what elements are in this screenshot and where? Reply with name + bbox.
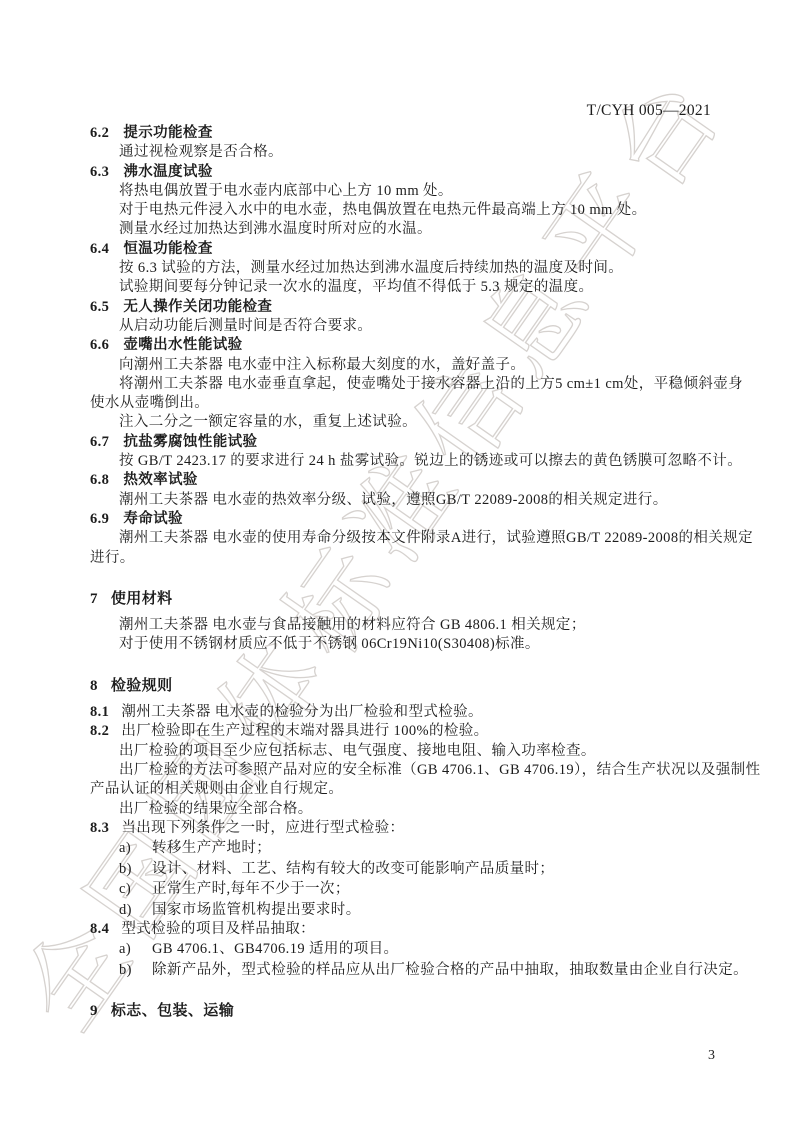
block-text: 潮州工夫茶器 电水壶与食品接触用的材料应符合 GB 4806.1 相关规定； [119,617,586,633]
block-text: 出厂检验的项目至少应包括标志、电气强度、接地电阻、输入功率检查。 [119,743,596,759]
block-text: 壶嘴出水性能试验 [123,337,242,353]
block-text: 当出现下列条件之一时，应进行型式检验： [121,820,404,836]
clause-number: 6.2 [90,125,109,141]
block-text: 产品认证的相关规则由企业自行规定。 [90,781,343,797]
list-item: b)除新产品外，型式检验的样品应从出厂检验合格的产品中抽取，抽取数量由企业自行决… [90,960,712,981]
block-text: 设计、材料、工艺、结构有较大的改变可能影响产品质量时； [152,861,554,877]
paragraph-continuation: 产品认证的相关规则由企业自行规定。 [90,780,712,799]
clause-number: 7 [90,591,98,607]
paragraph: 通过视检观察是否合格。 [90,143,712,162]
list-item: d)国家市场监管机构提出要求时。 [90,900,712,921]
clause-number: 6.9 [90,511,109,527]
numbered-paragraph: 8.4型式检验的项目及样品抽取： [90,920,712,939]
block-text: 使用材料 [111,591,173,607]
clause-number: 6.6 [90,337,109,353]
paragraph: 潮州工夫茶器 电水壶与食品接触用的材料应符合 GB 4806.1 相关规定； [90,616,712,635]
block-text: 将热电偶放置于电水壶内底部中心上方 10 mm 处。 [119,183,453,199]
numbered-paragraph: 8.1潮州工夫茶器 电水壶的检验分为出厂检验和型式检验。 [90,703,712,722]
block-text: 潮州工夫茶器 电水壶的热效率分级、试验，遵照GB/T 22089-2008的相关… [119,492,668,508]
paragraph: 从启动功能后测量时间是否符合要求。 [90,317,712,336]
block-text: 出厂检验的结果应全部合格。 [119,801,313,817]
block-text: 正常生产时,每年不少于一次； [152,881,350,897]
paragraph: 按 GB/T 2423.17 的要求进行 24 h 盐雾试验。锐边上的锈迹或可以… [90,452,712,471]
block-text: 除新产品外，型式检验的样品应从出厂检验合格的产品中抽取，抽取数量由企业自行决定。 [152,962,748,978]
block-text: 测量水经过加热达到沸水温度时所对应的水温。 [119,221,432,237]
block-text: 潮州工夫茶器 电水壶的使用寿命分级按本文件附录A进行，试验遵照GB/T 2208… [119,530,753,546]
paragraph: 向潮州工夫茶器 电水壶中注入标称最大刻度的水，盖好盖子。 [90,356,712,375]
block-text: 转移生产产地时； [152,840,271,856]
block-text: 无人操作关闭功能检查 [123,299,272,315]
document-body: 6.2提示功能检查通过视检观察是否合格。6.3沸水温度试验将热电偶放置于电水壶内… [90,124,712,1029]
paragraph: 按 6.3 试验的方法，测量水经过加热达到沸水温度后持续加热的温度及时间。 [90,259,712,278]
standard-document-page: 全国团体标准信息平台 T/CYH 005—2021 6.2提示功能检查通过视检观… [0,0,793,1122]
block-text: 出厂检验即在生产过程的末端对器具进行 100%的检验。 [121,723,488,739]
section-heading: 6.2提示功能检查 [90,124,712,143]
list-item: c)正常生产时,每年不少于一次； [90,879,712,900]
section-heading: 6.9寿命试验 [90,510,712,529]
clause-number: d) [119,900,152,921]
chapter-heading: 9标志、包装、运输 [90,1002,712,1021]
clause-number: b) [119,960,152,981]
paragraph: 潮州工夫茶器 电水壶的热效率分级、试验，遵照GB/T 22089-2008的相关… [90,491,712,510]
block-text: 对于电热元件浸入水中的电水壶，热电偶放置在电热元件最高端上方 10 mm 处。 [119,202,647,218]
block-text: 注入二分之一额定容量的水，重复上述试验。 [119,414,417,430]
block-text: 潮州工夫茶器 电水壶的检验分为出厂检验和型式检验。 [121,704,483,720]
block-text: 国家市场监管机构提出要求时。 [152,902,361,918]
block-text: 出厂检验的方法可参照产品对应的安全标准（GB 4706.1、GB 4706.19… [119,762,760,778]
document-header-standard-number: T/CYH 005—2021 [587,102,711,120]
section-heading: 6.8热效率试验 [90,471,712,490]
clause-number: 6.3 [90,164,109,180]
section-heading: 6.6壶嘴出水性能试验 [90,336,712,355]
block-text: 试验期间要每分钟记录一次水的温度，平均值不得低于 5.3 规定的温度。 [119,279,593,295]
clause-number: c) [119,879,152,900]
clause-number: 6.5 [90,299,109,315]
block-text: 寿命试验 [123,511,183,527]
section-heading: 6.5无人操作关闭功能检查 [90,298,712,317]
paragraph: 注入二分之一额定容量的水，重复上述试验。 [90,413,712,432]
block-text: GB 4706.1、GB4706.19 适用的项目。 [152,941,398,957]
block-text: 对于使用不锈钢材质应不低于不锈钢 06Cr19Ni10(S30408)标准。 [119,636,540,652]
block-text: 型式检验的项目及样品抽取： [121,921,315,937]
block-text: 使水从壶嘴倒出。 [90,395,209,411]
section-heading: 6.3沸水温度试验 [90,163,712,182]
block-text: 热效率试验 [123,472,198,488]
paragraph: 将潮州工夫茶器 电水壶垂直拿起，使壶嘴处于接水容器上沿的上方5 cm±1 cm处… [90,375,712,394]
section-heading: 6.4恒温功能检查 [90,240,712,259]
page-number: 3 [708,1048,715,1064]
block-text: 检验规则 [111,678,173,694]
paragraph: 测量水经过加热达到沸水温度时所对应的水温。 [90,220,712,239]
clause-number: 8.1 [90,704,109,720]
paragraph: 潮州工夫茶器 电水壶的使用寿命分级按本文件附录A进行，试验遵照GB/T 2208… [90,529,712,548]
chapter-heading: 7使用材料 [90,590,712,609]
numbered-paragraph: 8.3当出现下列条件之一时，应进行型式检验： [90,819,712,838]
clause-number: 6.7 [90,434,109,450]
block-text: 向潮州工夫茶器 电水壶中注入标称最大刻度的水，盖好盖子。 [119,357,525,373]
clause-number: 8.2 [90,723,109,739]
paragraph: 出厂检验的方法可参照产品对应的安全标准（GB 4706.1、GB 4706.19… [90,761,712,780]
paragraph: 将热电偶放置于电水壶内底部中心上方 10 mm 处。 [90,182,712,201]
paragraph: 试验期间要每分钟记录一次水的温度，平均值不得低于 5.3 规定的温度。 [90,278,712,297]
block-text: 恒温功能检查 [123,241,212,257]
paragraph: 出厂检验的结果应全部合格。 [90,800,712,819]
block-text: 进行。 [90,550,135,566]
block-text: 标志、包装、运输 [111,1003,234,1019]
list-item: a)转移生产产地时； [90,838,712,859]
block-text: 抗盐雾腐蚀性能试验 [123,434,257,450]
clause-number: a) [119,838,152,859]
block-text: 将潮州工夫茶器 电水壶垂直拿起，使壶嘴处于接水容器上沿的上方5 cm±1 cm处… [119,376,743,392]
block-text: 沸水温度试验 [123,164,212,180]
numbered-paragraph: 8.2出厂检验即在生产过程的末端对器具进行 100%的检验。 [90,722,712,741]
clause-number: b) [119,859,152,880]
paragraph-continuation: 进行。 [90,549,712,568]
block-text: 提示功能检查 [123,125,212,141]
paragraph: 对于电热元件浸入水中的电水壶，热电偶放置在电热元件最高端上方 10 mm 处。 [90,201,712,220]
clause-number: 8.3 [90,820,109,836]
clause-number: a) [119,939,152,960]
paragraph: 出厂检验的项目至少应包括标志、电气强度、接地电阻、输入功率检查。 [90,742,712,761]
list-item: b)设计、材料、工艺、结构有较大的改变可能影响产品质量时； [90,859,712,880]
clause-number: 6.4 [90,241,109,257]
clause-number: 8.4 [90,921,109,937]
clause-number: 9 [90,1003,98,1019]
clause-number: 8 [90,678,98,694]
list-item: a)GB 4706.1、GB4706.19 适用的项目。 [90,939,712,960]
block-text: 按 GB/T 2423.17 的要求进行 24 h 盐雾试验。锐边上的锈迹或可以… [119,453,742,469]
paragraph-continuation: 使水从壶嘴倒出。 [90,394,712,413]
section-heading: 6.7抗盐雾腐蚀性能试验 [90,433,712,452]
clause-number: 6.8 [90,472,109,488]
block-text: 按 6.3 试验的方法，测量水经过加热达到沸水温度后持续加热的温度及时间。 [119,260,623,276]
chapter-heading: 8检验规则 [90,677,712,696]
block-text: 通过视检观察是否合格。 [119,144,283,160]
paragraph: 对于使用不锈钢材质应不低于不锈钢 06Cr19Ni10(S30408)标准。 [90,635,712,654]
block-text: 从启动功能后测量时间是否符合要求。 [119,318,372,334]
